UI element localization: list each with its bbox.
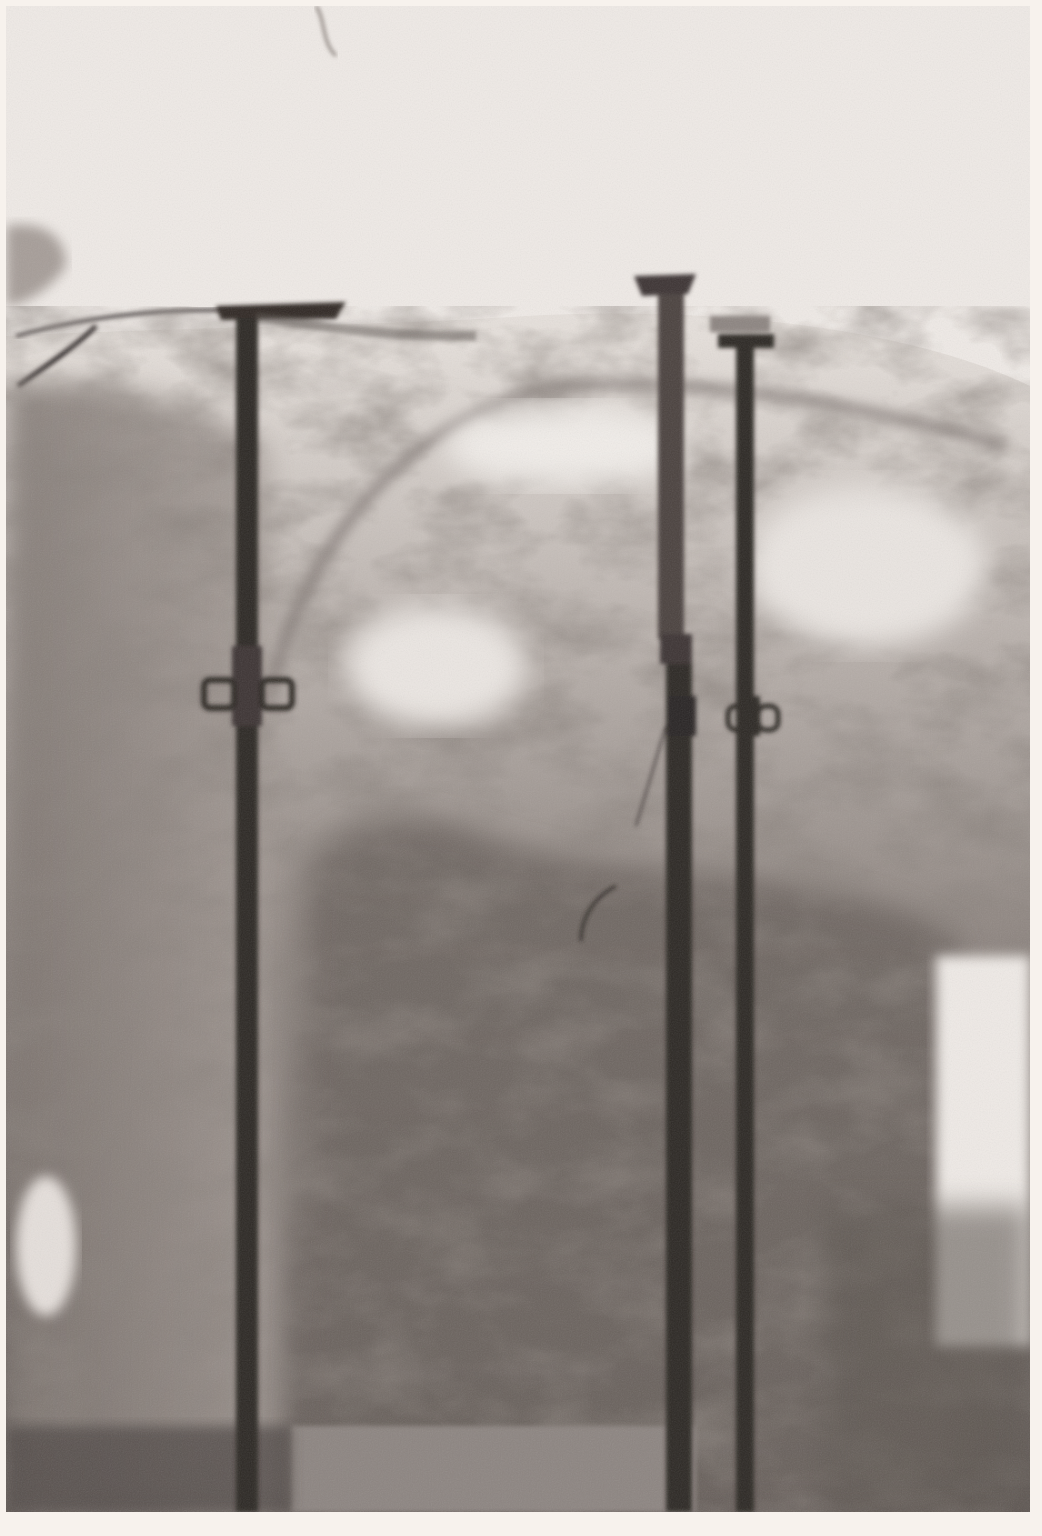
photograph: [6, 6, 1030, 1512]
photo-print: [0, 0, 1042, 1536]
cellar-scene: [6, 6, 1030, 1512]
